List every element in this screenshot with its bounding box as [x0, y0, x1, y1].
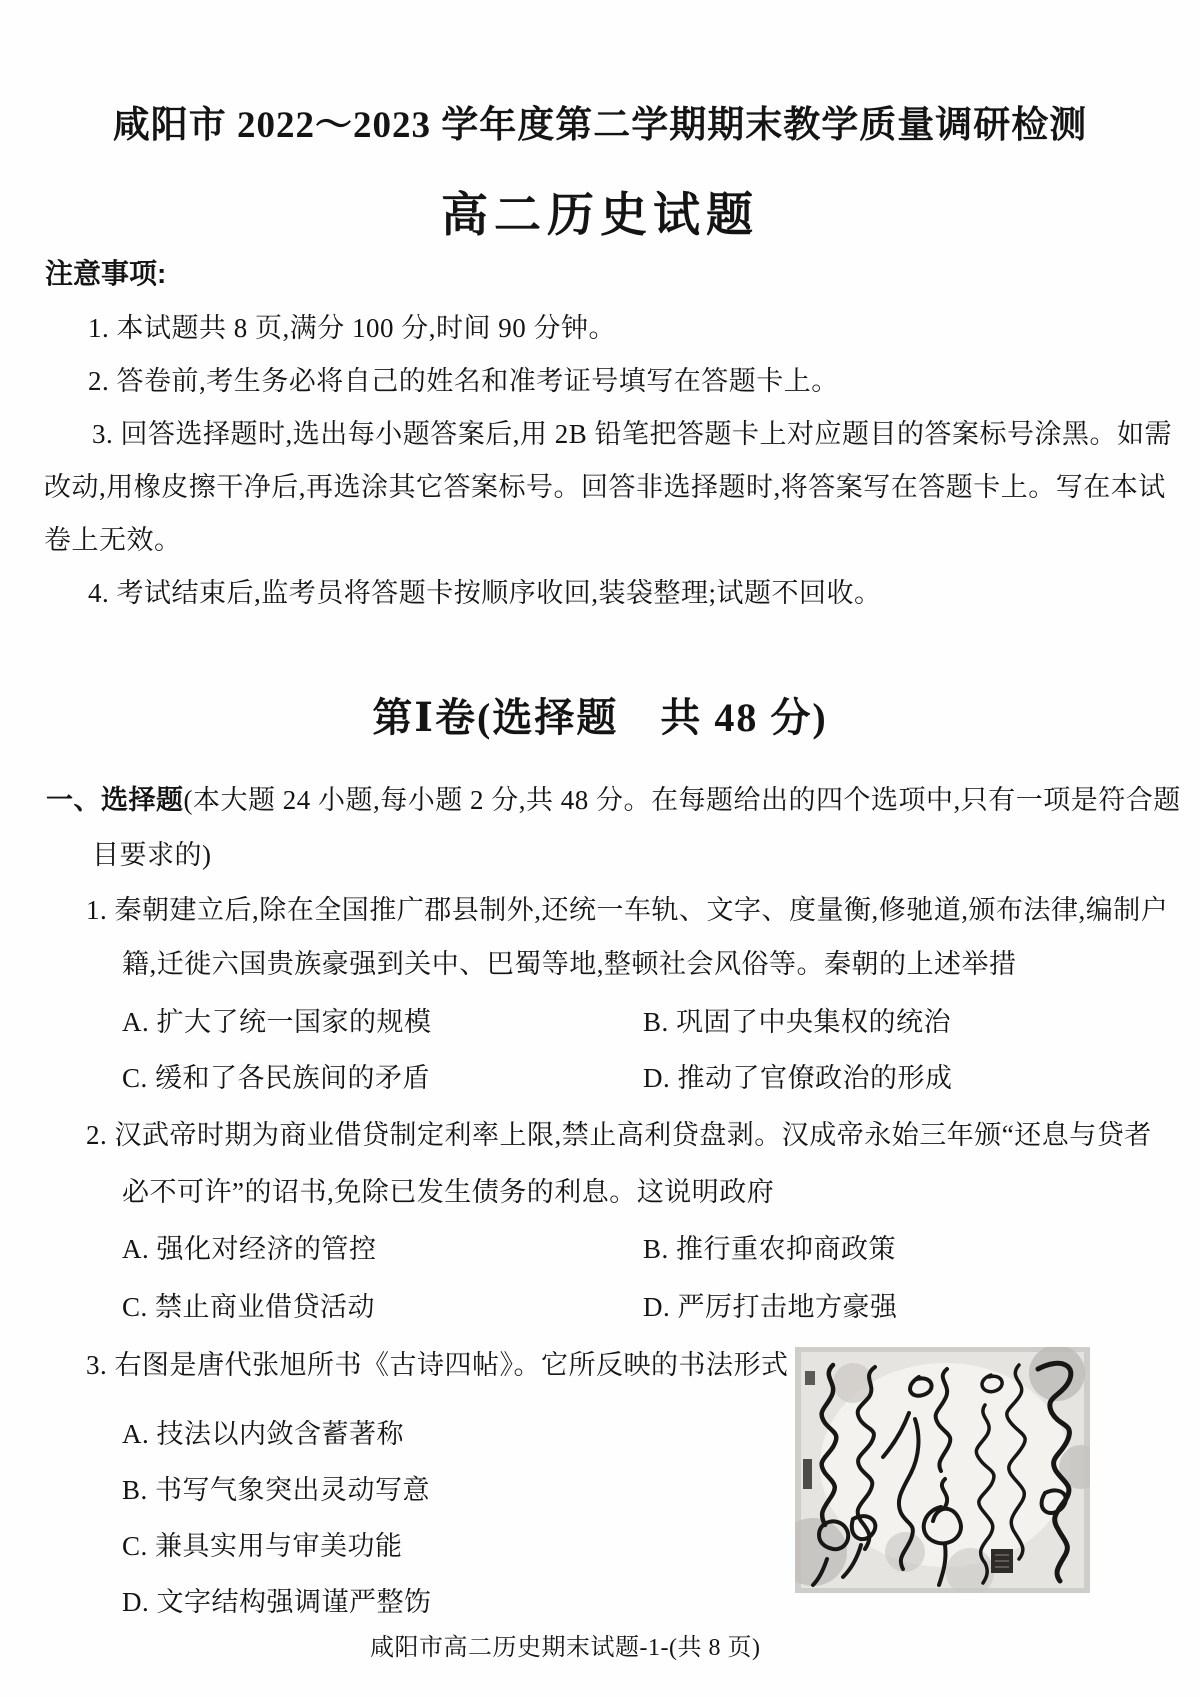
- question-1-option-d: D. 推动了官僚政治的形成: [643, 1056, 953, 1095]
- question-1-option-b: B. 巩固了中央集权的统治: [643, 1000, 951, 1039]
- question-1-stem-line-1: 1. 秦朝建立后,除在全国推广郡县制外,还统一车轨、文字、度量衡,修驰道,颁布法…: [86, 888, 1168, 927]
- calligraphy-svg: [795, 1347, 1090, 1593]
- notice-item-1: 1. 本试题共 8 页,满分 100 分,时间 90 分钟。: [88, 306, 616, 345]
- page-footer: 咸阳市高二历史期末试题-1-(共 8 页): [370, 1627, 760, 1662]
- question-1-stem-line-2: 籍,迁徙六国贵族豪强到关中、巴蜀等地,整顿社会风俗等。秦朝的上述举措: [122, 942, 1017, 981]
- notice-item-3-line-2: 改动,用橡皮擦干净后,再选涂其它答案标号。回答非选择题时,将答案写在答题卡上。写…: [44, 465, 1166, 504]
- exam-paper-page: 咸阳市 2022～2023 学年度第二学期期末教学质量调研检测 高二历史试题 注…: [0, 0, 1200, 1697]
- question-3-stem-line-1: 3. 右图是唐代张旭所书《古诗四帖》。它所反映的书法形式: [86, 1343, 789, 1382]
- multiple-choice-intro-rest: (本大题 24 小题,每小题 2 分,共 48 分。在每题给出的四个选项中,只有…: [184, 785, 1181, 815]
- notice-item-4: 4. 考试结束后,监考员将答题卡按顺序收回,装袋整理;试题不回收。: [88, 571, 882, 610]
- question-3-option-a: A. 技法以内敛含蓄著称: [122, 1412, 404, 1451]
- question-2-option-c: C. 禁止商业借贷活动: [122, 1285, 375, 1324]
- question-3-option-c: C. 兼具实用与审美功能: [122, 1524, 403, 1563]
- calligraphy-image: [795, 1347, 1090, 1593]
- question-3-option-d: D. 文字结构强调谨严整饬: [122, 1580, 432, 1619]
- question-2-option-d: D. 严厉打击地方豪强: [643, 1285, 898, 1324]
- section-1-heading: 第Ⅰ卷(选择题 共 48 分): [0, 686, 1200, 743]
- question-2-option-b: B. 推行重农抑商政策: [643, 1227, 896, 1266]
- question-2-option-a: A. 强化对经济的管控: [122, 1227, 377, 1266]
- notice-item-3-line-1: 3. 回答选择题时,选出每小题答案后,用 2B 铅笔把答题卡上对应题目的答案标号…: [92, 412, 1172, 451]
- notice-item-3-line-3: 卷上无效。: [44, 518, 182, 557]
- question-3-option-b: B. 书写气象突出灵动写意: [122, 1468, 430, 1507]
- question-2-stem-line-1: 2. 汉武帝时期为商业借贷制定利率上限,禁止高利贷盘剥。汉成帝永始三年颁“还息与…: [86, 1113, 1152, 1152]
- question-1-option-a: A. 扩大了统一国家的规模: [122, 1000, 432, 1039]
- notice-item-2: 2. 答卷前,考生务必将自己的姓名和准考证号填写在答题卡上。: [88, 359, 839, 398]
- question-1-option-c: C. 缓和了各民族间的矛盾: [122, 1056, 430, 1095]
- multiple-choice-intro-bold: 一、选择题: [46, 785, 184, 815]
- question-2-stem-line-2: 必不可许”的诏书,免除已发生债务的利息。这说明政府: [122, 1170, 774, 1209]
- notice-label: 注意事项:: [45, 252, 166, 292]
- exam-session-line: 咸阳市 2022～2023 学年度第二学期期末教学质量调研检测: [0, 94, 1200, 148]
- multiple-choice-intro-line-2: 目要求的): [92, 833, 212, 872]
- multiple-choice-intro-line-1: 一、选择题(本大题 24 小题,每小题 2 分,共 48 分。在每题给出的四个选…: [46, 778, 1181, 817]
- page-title: 高二历史试题: [0, 178, 1200, 245]
